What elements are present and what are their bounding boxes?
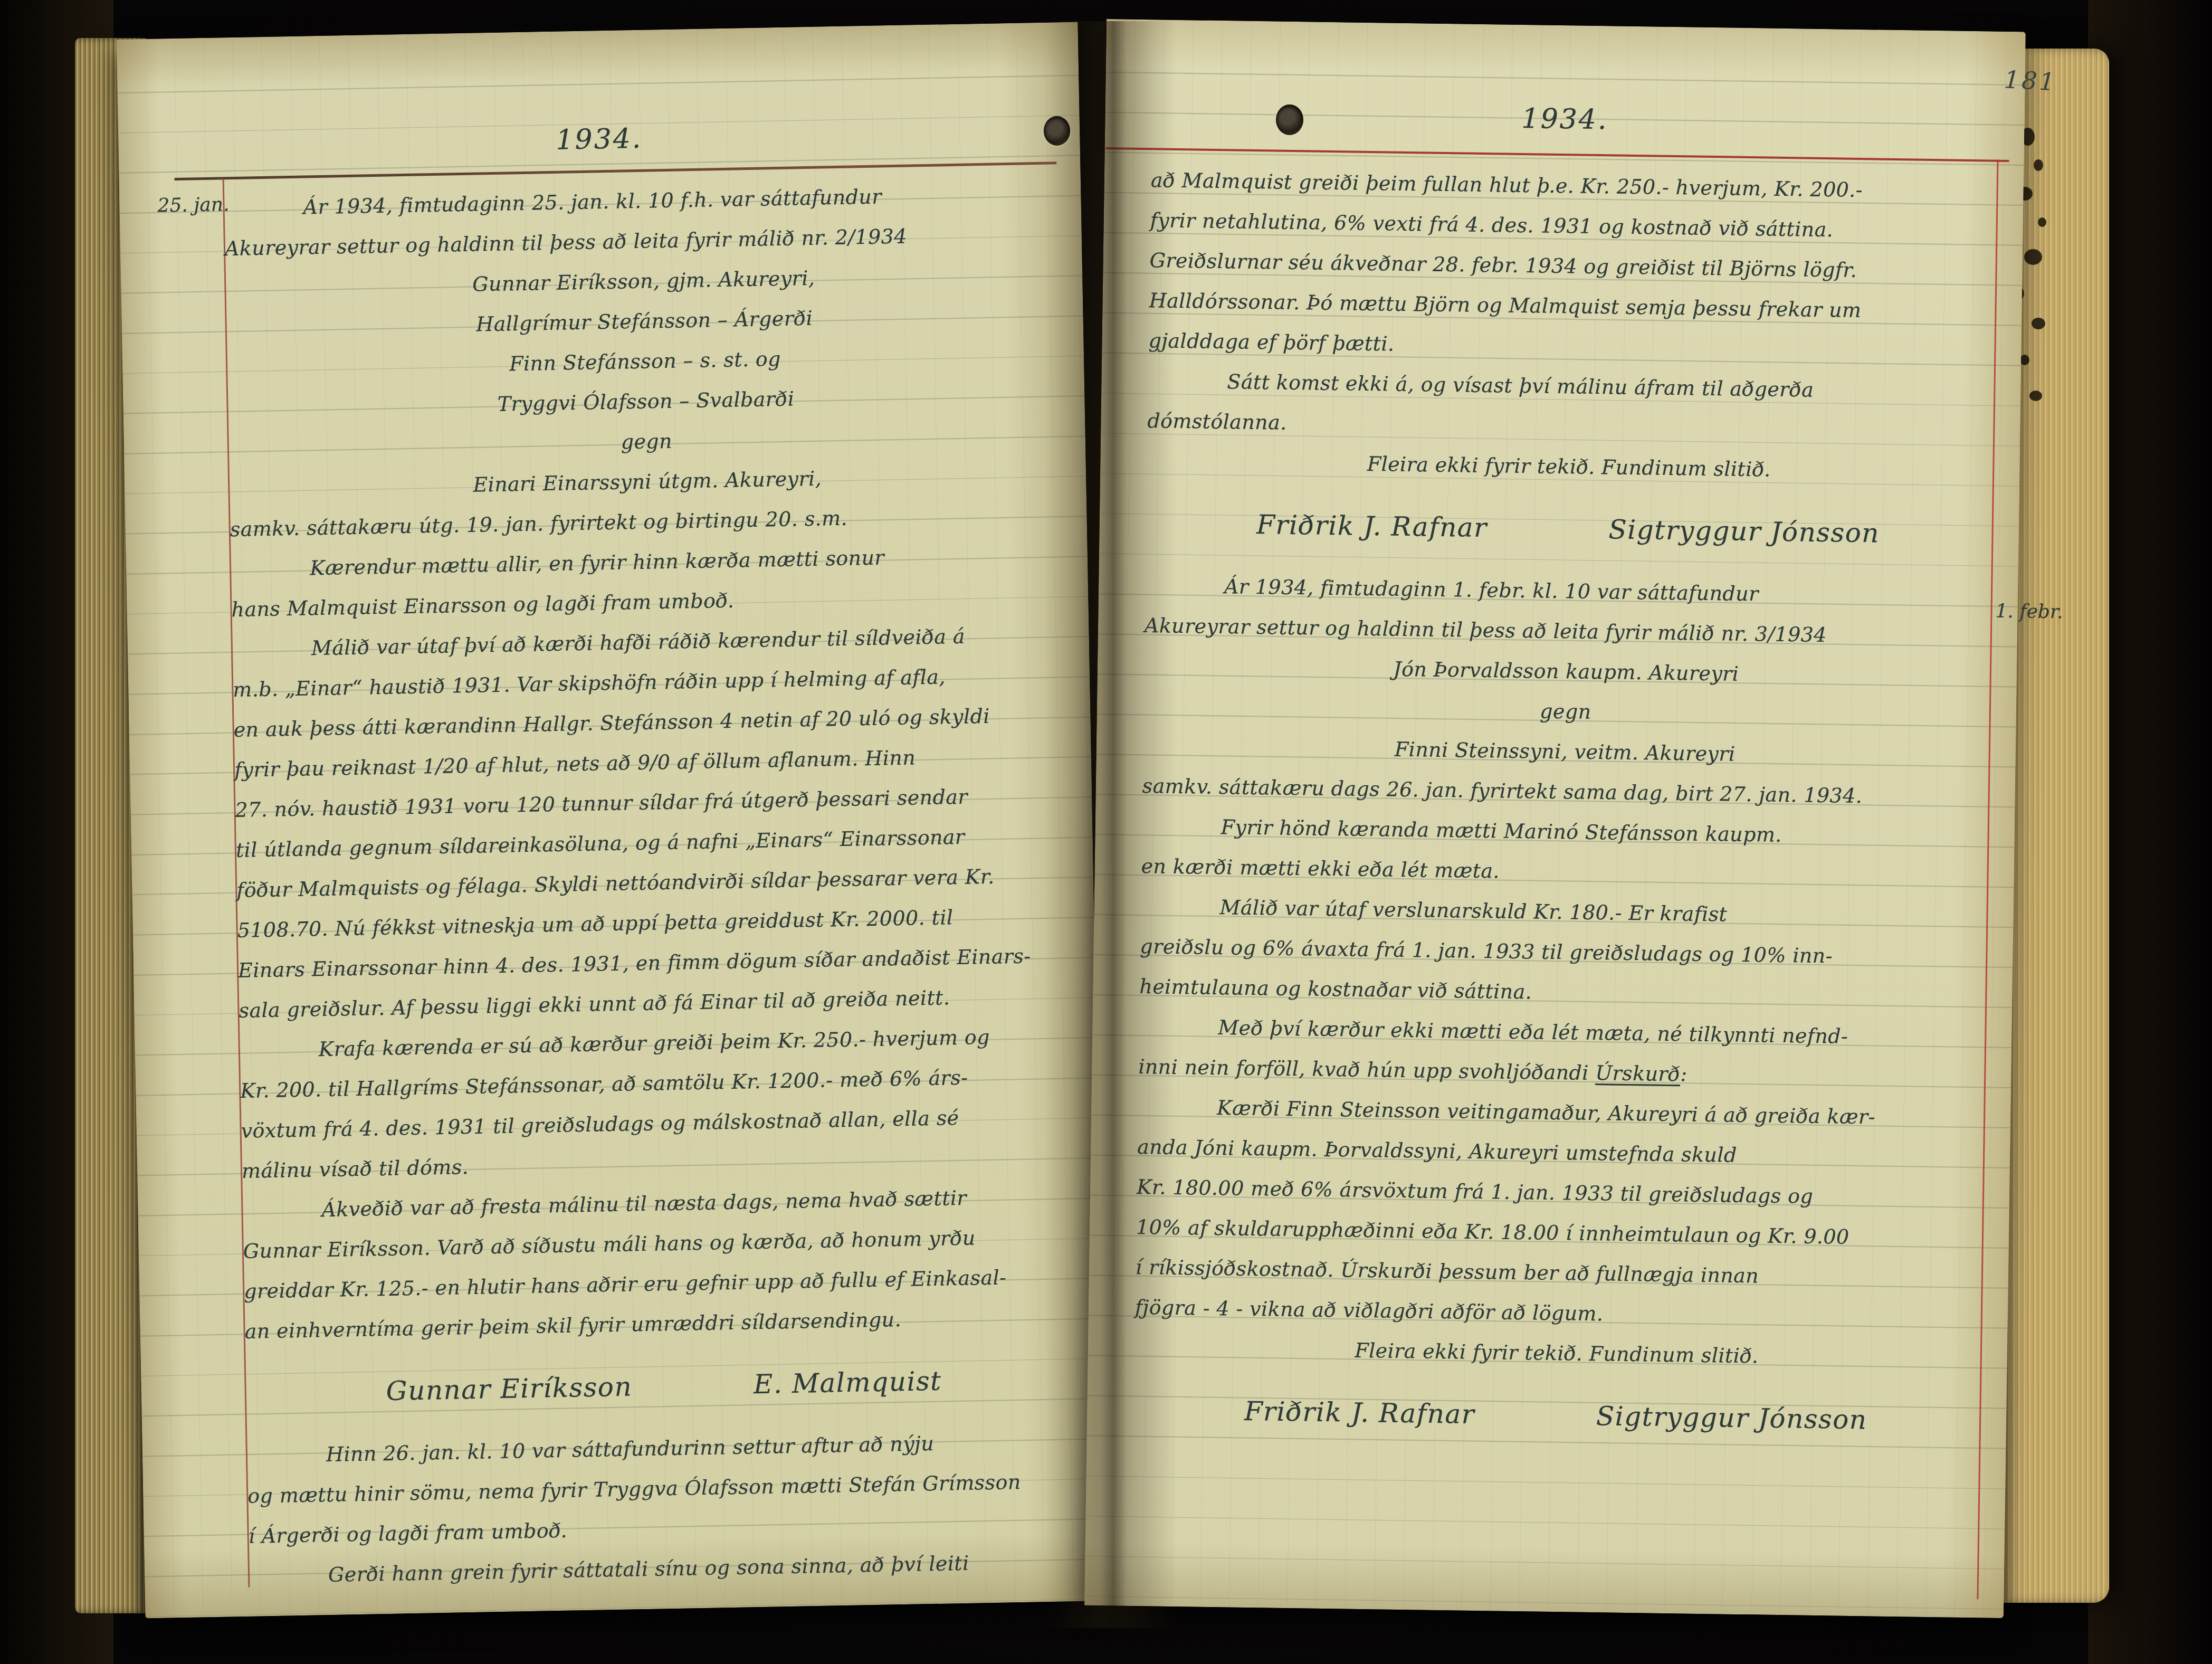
left-page-text: Ár 1934, fimtudaginn 25. jan. kl. 10 f.h… [224,173,1086,1596]
left-margin-date-note: 25. jan. [157,194,230,216]
signature: E. Malmquist [753,1339,943,1427]
right-year-heading: 1934. [1105,97,2025,141]
signature: Friðrik J. Rafnar [1244,1369,1475,1457]
right-page-text: að Malmquist greiði þeim fullan hlut þ.e… [1133,160,1995,1463]
signature: Gunnar Eiríksson [385,1344,633,1433]
page-number: 181 [2004,65,2058,96]
signature-row: Gunnar EiríkssonE. Malmquist [245,1336,1083,1436]
edge-stain [2032,318,2045,329]
right-margin-date-note: 1. febr. [1995,601,2063,623]
ledger-book-scan: 1934. 25. jan. Ár 1934, fimtudaginn 25. … [0,0,2212,1664]
signature: Friðrik J. Rafnar [1256,482,1488,570]
punch-hole-right [1276,104,1303,135]
punch-hole-left [1044,116,1070,146]
edge-stain [2024,249,2042,265]
right-page: 1934. 1. febr. að Malmquist greiði þeim … [1084,19,2026,1618]
signature: Sigtryggur Jónsson [1608,487,1880,575]
underlined-word: Úrskurð [1595,1061,1681,1086]
edge-stain [2038,217,2046,227]
right-top-rule [1106,147,2009,162]
left-year-heading: 1934. [118,115,1080,164]
signature: Sigtryggur Jónsson [1596,1374,1868,1462]
signature-row: Friðrik J. RafnarSigtryggur Jónsson [1133,1367,1978,1463]
left-page: 1934. 25. jan. Ár 1934, fimtudaginn 25. … [117,22,1107,1619]
edge-stain [2029,391,2042,401]
signature-row: Friðrik J. RafnarSigtryggur Jónsson [1146,481,1991,577]
edge-stain [2034,159,2043,171]
edge-stain [2020,355,2029,365]
